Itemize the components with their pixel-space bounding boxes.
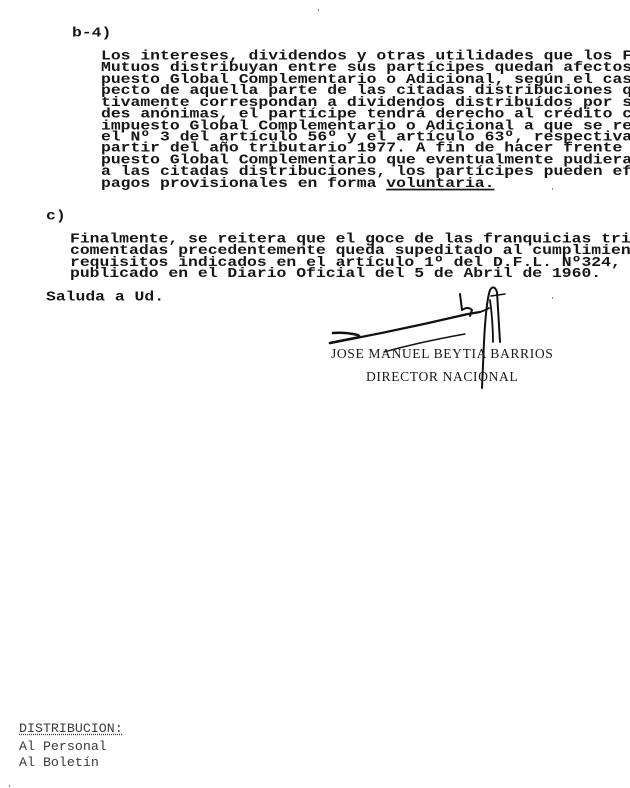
paragraph-c-label: c) <box>46 210 66 222</box>
paragraph-line-prefix: pagos provisionales en forma <box>101 175 386 191</box>
signatory-name: JOSE MANUEL BEYTIA BARRIOS <box>331 346 553 362</box>
paragraph-c-body: Finalmente, se reitera que el goce de la… <box>70 210 630 291</box>
closing-salutation: Saluda a Ud. <box>46 291 164 303</box>
signatory-title: DIRECTOR NACIONAL <box>366 369 518 385</box>
scan-speck <box>552 188 553 190</box>
distribution-recipient: Al Personal <box>19 739 107 756</box>
paragraph-b4-body: Los intereses, dividendos y otras utilid… <box>101 27 630 200</box>
scan-speck <box>9 785 10 787</box>
paragraph-line: publicado en el Diario Oficial del 5 de … <box>70 268 630 280</box>
distribution-recipient: Al Boletín <box>19 755 99 772</box>
distribution-heading: DISTRIBUCION: <box>19 721 123 738</box>
scan-speck <box>318 9 319 11</box>
scan-speck <box>552 297 553 299</box>
document-page: { "paragraph_b4": { "label": "b-4)", "li… <box>0 0 630 788</box>
underlined-word: voluntaria. <box>386 175 494 191</box>
